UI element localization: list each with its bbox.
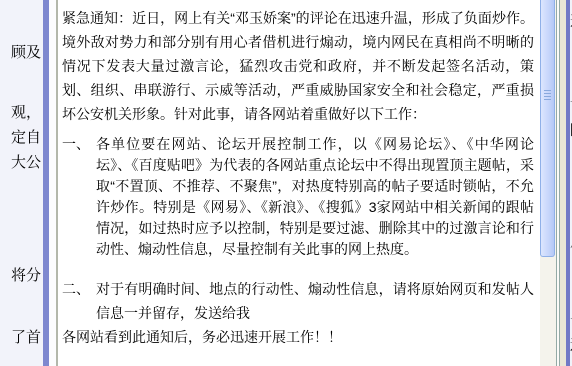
window-edge-line bbox=[556, 0, 557, 366]
item-1-number: 一、 bbox=[62, 134, 96, 260]
left-text-fragment: 顾及 bbox=[11, 45, 41, 60]
left-text-fragment: 观， bbox=[11, 105, 41, 120]
item-2-number: 二、 bbox=[62, 277, 96, 325]
notice-footer: 各网站看到此通知后，务必迅速开展工作！！ bbox=[62, 325, 534, 349]
left-page-margin: 顾及 观， 定自 大公 将分 了首 bbox=[0, 0, 43, 366]
left-text-fragment: 将分 bbox=[11, 268, 41, 283]
left-text-fragment: 了首 bbox=[11, 330, 41, 345]
notice-intro: 紧急通知：近日，网上有关“邓玉娇案”的评论在迅速升温，形成了负面炒作。境外敌对势… bbox=[62, 6, 534, 126]
left-text-fragment: 大公 bbox=[11, 155, 41, 170]
scrollbar-thumb[interactable] bbox=[540, 0, 555, 257]
left-gutter bbox=[49, 0, 56, 366]
left-text-fragment: 定自 bbox=[11, 130, 41, 145]
notice-item-1: 一、 各单位要在网站、论坛开展控制工作，以《网易论坛》、《中华网论坛》、《百度贴… bbox=[62, 134, 534, 260]
item-1-text: 各单位要在网站、论坛开展控制工作，以《网易论坛》、《中华网论坛》、《百度贴吧》为… bbox=[96, 134, 534, 260]
notice-document: 紧急通知：近日，网上有关“邓玉娇案”的评论在迅速升温，形成了负面炒作。境外敌对势… bbox=[58, 0, 540, 366]
scrollbar-grip-icon bbox=[544, 90, 551, 100]
notice-item-2: 二、 对于有明确时间、地点的行动性、煽动性信息，请将原始网页和发帖人信息一并留存… bbox=[62, 277, 534, 325]
screenshot-root: 顾及 观， 定自 大公 将分 了首 紧急通知：近日，网上有关“邓玉娇案”的评论在… bbox=[0, 0, 572, 366]
item-2-text: 对于有明确时间、地点的行动性、煽动性信息，请将原始网页和发帖人信息一并留存，发送… bbox=[96, 277, 534, 325]
scrollbar-track[interactable] bbox=[540, 0, 556, 366]
